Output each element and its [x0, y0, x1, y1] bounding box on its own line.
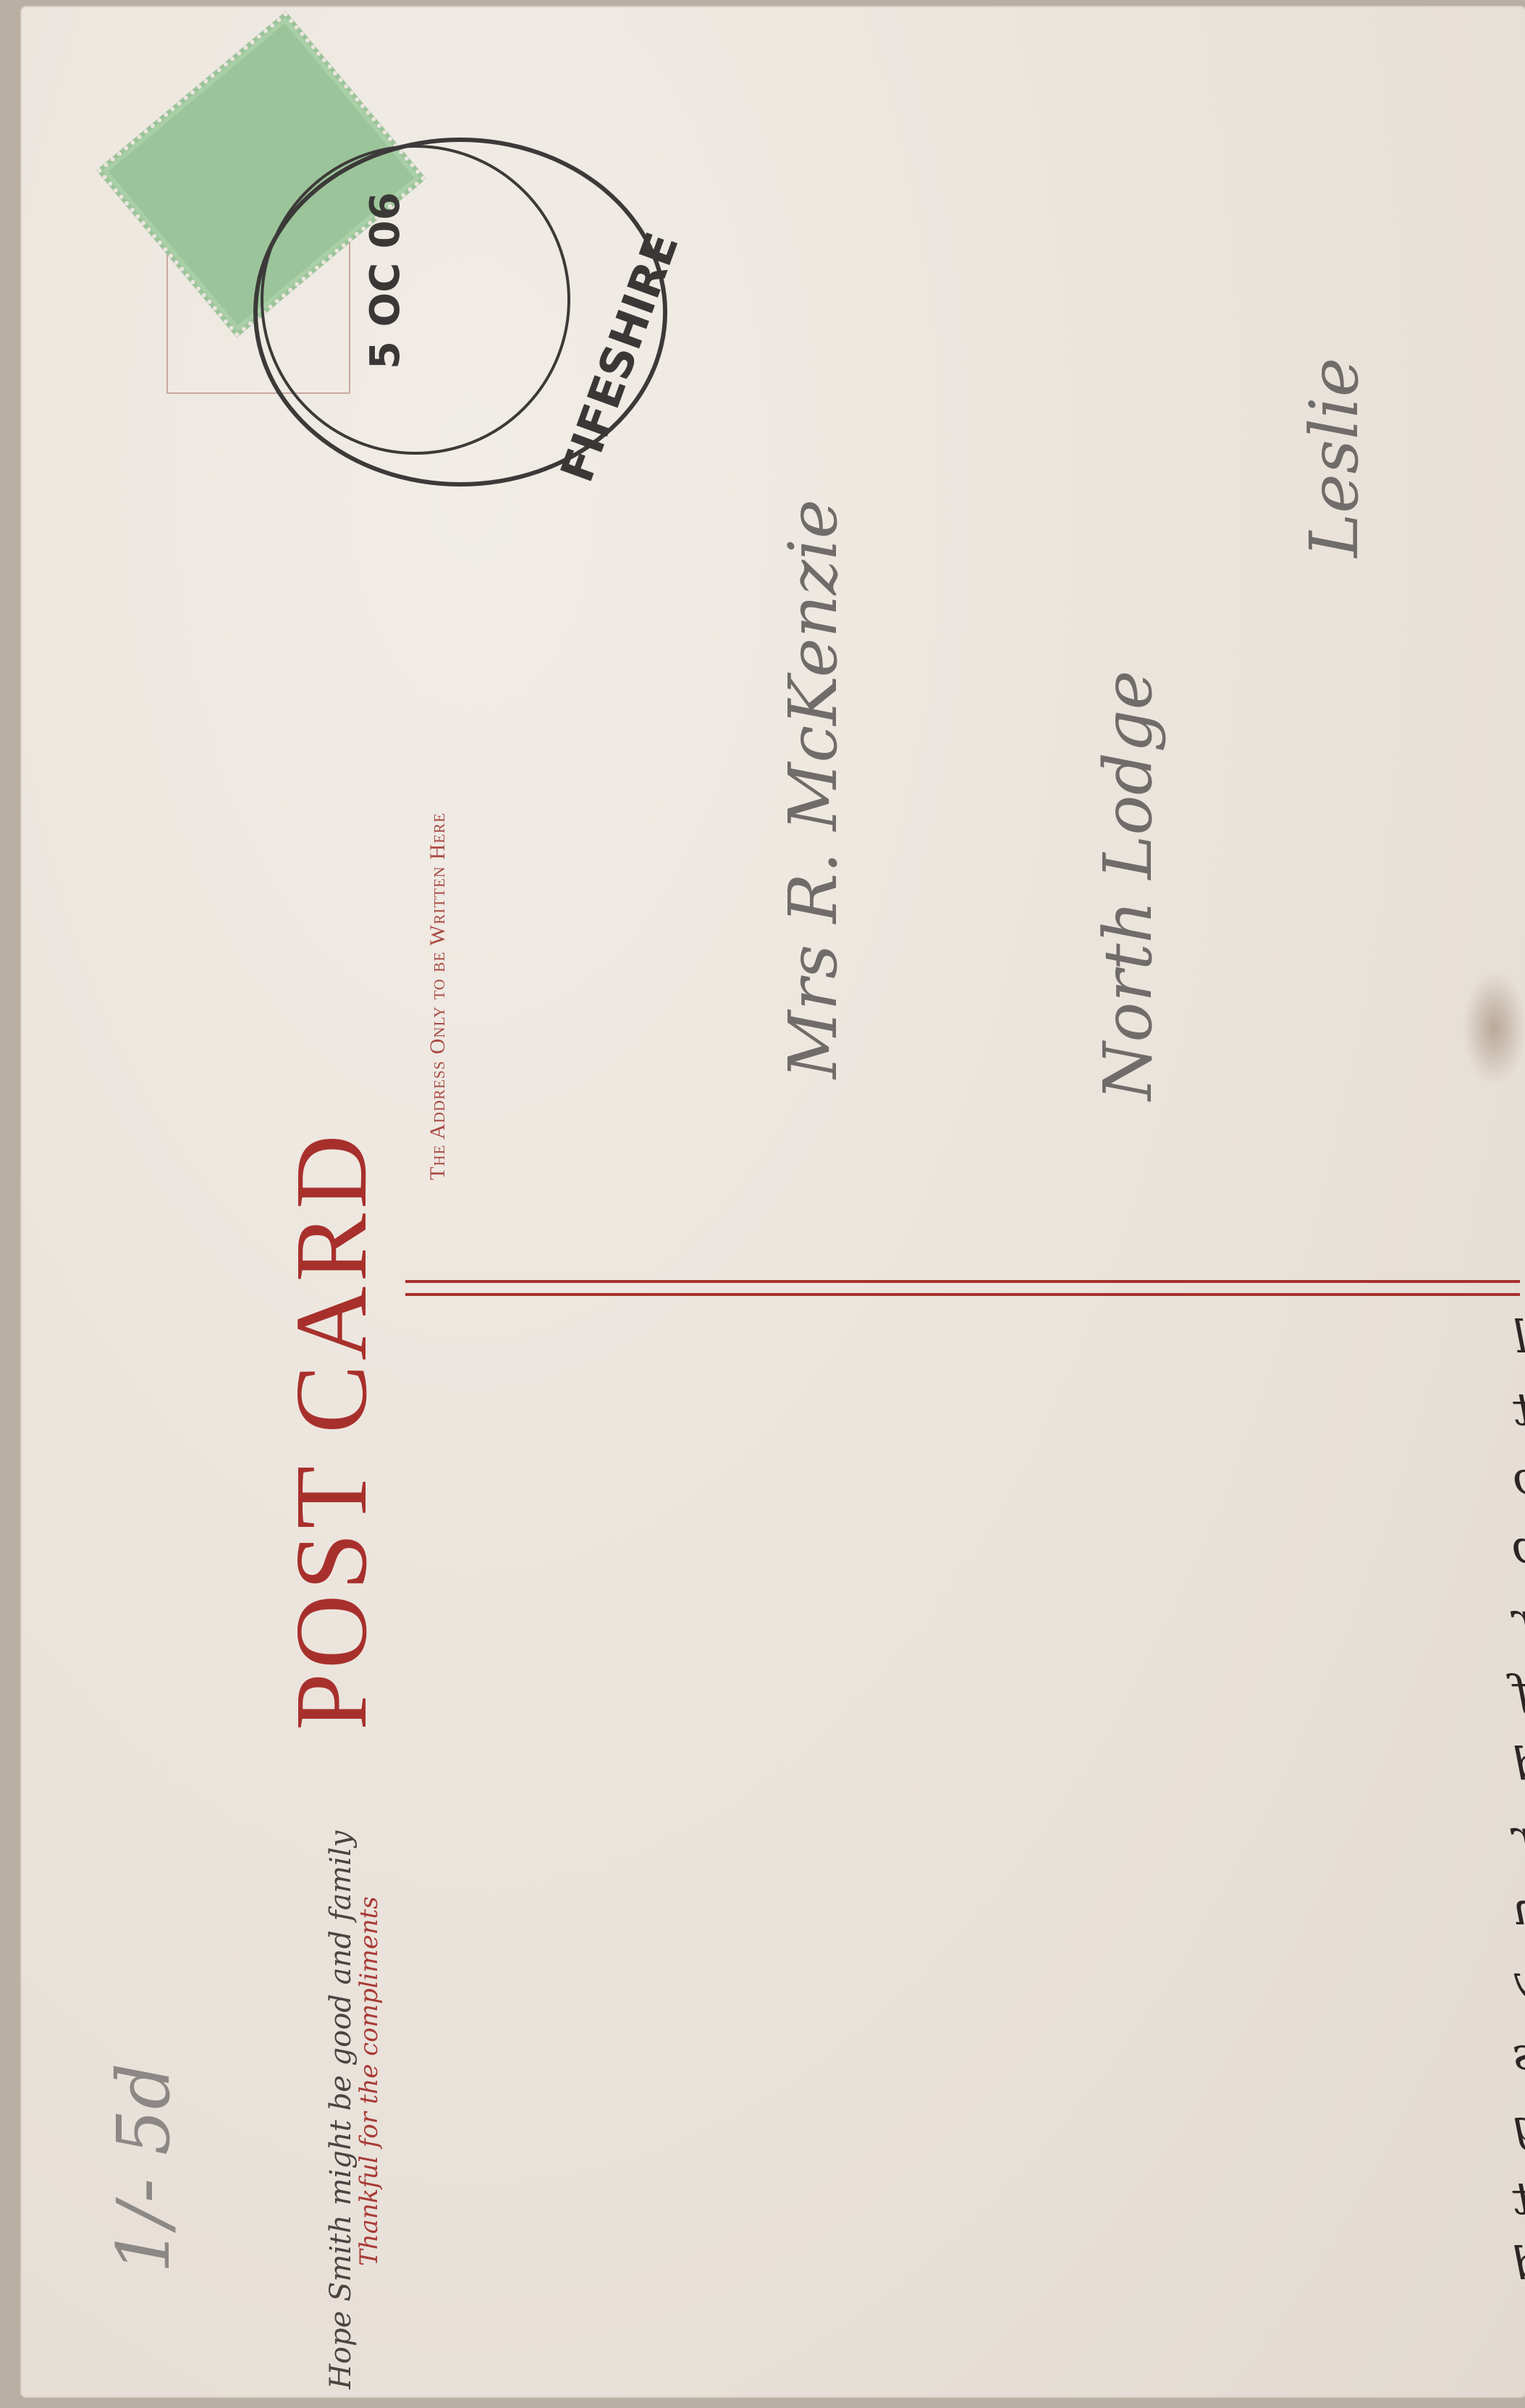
message-line: altogether it was a lot of nice stamp — [1513, 1520, 1525, 1573]
address-line-3: Leslie — [1296, 358, 1373, 557]
message-line: the thought I was in people's news — [1513, 2027, 1525, 2080]
postmark-date: 5 OC 06 — [362, 192, 409, 369]
stain-mark — [1462, 970, 1525, 1086]
message-area: I managed to get a P.C. after all I hope… — [340, 1303, 1513, 2404]
postmark-inner-ring — [261, 145, 570, 455]
pencil-price-mark: 1/- 5d — [101, 2063, 186, 2273]
message-line: I hope you will like it. We have not — [1513, 1383, 1525, 1436]
divider-line-top — [405, 1280, 1520, 1283]
message-line: the concert was finished when — [1513, 1882, 1525, 1935]
message-line: I went took a sample saw — [1513, 1955, 1525, 2008]
address-notice: The Address Only to be Written Here — [426, 812, 450, 1180]
message-line: just I was happy when I was thinking — [1513, 2100, 1525, 2152]
message-line: My best good wishes extra for had — [1513, 2237, 1525, 2290]
address-line-1: Mrs R. McKenzie — [774, 500, 852, 1079]
message-line: there just looking each other — [1513, 1593, 1525, 1646]
message-line: your writing & have not got a bad — [1513, 1738, 1525, 1790]
address-line-2: North Lodge — [1089, 670, 1167, 1100]
postcard: FIFESHIRE 5 OC 06 POST CARD The Address … — [22, 7, 1525, 2396]
crosswritten-note-black: Hope Smith might be good and family — [324, 1831, 358, 2389]
message-line: been very long this forenoon. & so — [1513, 1452, 1525, 1504]
message-line: I managed to get a P.C. after all — [1513, 1310, 1525, 1363]
message-line: Instantly at lunchtime among it — [1513, 2172, 1525, 2225]
message-line: cover it. Hope you E is better — [1513, 1810, 1525, 1863]
message-line: I hope you are now the worse of — [1513, 1665, 1525, 1718]
crosswritten-note-red: Thankful for the compliments — [355, 1896, 384, 2266]
divider-line-bottom — [405, 1293, 1520, 1296]
